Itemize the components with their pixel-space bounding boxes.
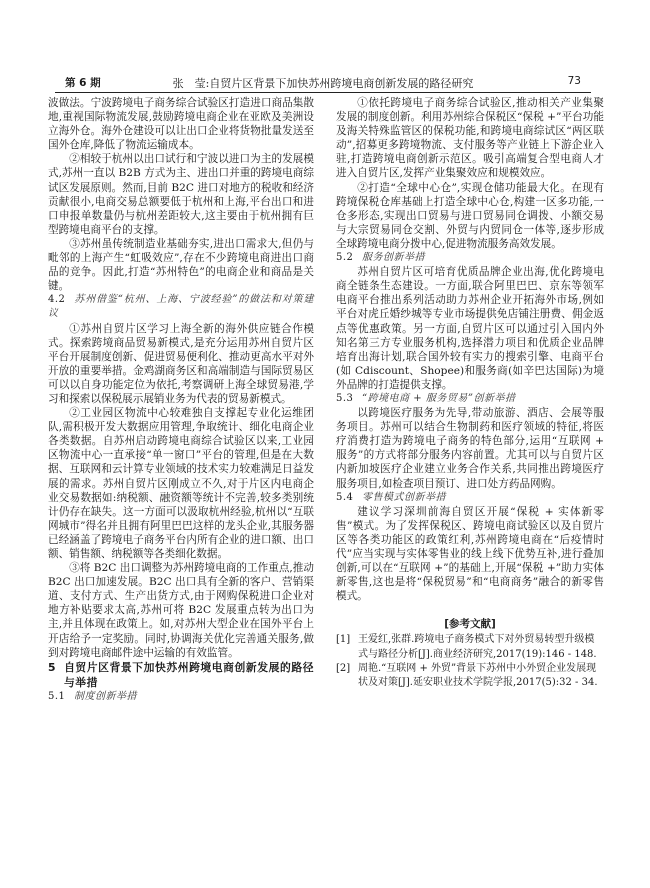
section-heading-5-1: 5.1制度创新举措 [48, 690, 314, 704]
reference-text: 王爱红,张群.跨境电子商务模式下对外贸易转型升级模式与路径分析[J].商业经济研… [358, 634, 597, 659]
right-column: ①依托跨境电子商务综合试验区,推动相关产业集聚发展的制度创新。利用苏州综合保税区… [336, 96, 604, 690]
paragraph: 波做法。宁波跨境电子商务综合试验区打造进口商品集散地,重视国际物流发展,鼓励跨境… [48, 96, 314, 152]
paragraph: ③将 B2C 出口调整为苏州跨境电商的工作重点,推动 B2C 出口加速发展。B2… [48, 561, 314, 660]
reference-item: [2]周艳.“互联网 + 外贸”背景下苏州中小外贸企业发展现状及对策[J].延安… [336, 662, 604, 690]
section-title: 服务创新举措 [362, 252, 425, 263]
section-heading-4-2: 4.2苏州借鉴“杭州、上海、宁波经验”的做法和对策建议 [48, 293, 314, 321]
running-title: 张 莹:自贸片区背景下加快苏州跨境电商创新发展的路径研究 [55, 75, 591, 91]
section-title: 制度创新举措 [74, 691, 137, 702]
paragraph: ②工业园区物流中心较难独自支撑起专业化运维团队,需积极开发大数据应用管理,争取统… [48, 406, 314, 561]
left-column: 波做法。宁波跨境电子商务综合试验区打造进口商品集散地,重视国际物流发展,鼓励跨境… [48, 96, 314, 704]
section-heading-5-4: 5.4零售模式创新举措 [336, 491, 604, 505]
running-header: 第 6 期 张 莹:自贸片区背景下加快苏州跨境电商创新发展的路径研究 73 [55, 74, 591, 93]
section-heading-5-2: 5.2服务创新举措 [336, 251, 604, 265]
paragraph: ②打造“全球中心仓”,实现仓储功能最大化。在现有跨境保税仓库基础上打造全球中心仓… [336, 181, 604, 251]
reference-text: 周艳.“互联网 + 外贸”背景下苏州中小外贸企业发展现状及对策[J].延安职业技… [358, 663, 598, 688]
section-number: 5 [48, 660, 64, 675]
page-number: 73 [568, 75, 581, 87]
paragraph: 以跨境医疗服务为先导,带动旅游、酒店、会展等服务项目。苏州可以结合生物制药和医疗… [336, 406, 604, 491]
reference-number: [1] [336, 633, 358, 647]
reference-number: [2] [336, 662, 358, 676]
paragraph: 苏州自贸片区可培育优质品牌企业出海,优化跨境电商全链条生态建设。一方面,联合阿里… [336, 265, 604, 392]
section-number: 4.2 [48, 293, 74, 307]
section-number: 5.4 [336, 491, 362, 505]
section-number: 5.1 [48, 690, 74, 704]
section-title: 零售模式创新举措 [362, 492, 446, 503]
section-heading-5-3: 5.3“跨境电商 + 服务贸易”创新举措 [336, 392, 604, 406]
section-number: 5.3 [336, 392, 362, 406]
section-title: 苏州借鉴“杭州、上海、宁波经验”的做法和对策建议 [48, 294, 314, 319]
paragraph: ①苏州自贸片区学习上海全新的海外供应链合作模式。探索跨境商品贸易新模式,是充分运… [48, 322, 314, 407]
section-title: “跨境电商 + 服务贸易”创新举措 [362, 393, 515, 404]
section-number: 5.2 [336, 251, 362, 265]
paragraph: ③苏州虽传统制造业基础夯实,进出口需求大,但仍与毗邻的上海产生“虹吸效应”,存在… [48, 237, 314, 293]
section-title: 自贸片区背景下加快苏州跨境电商创新发展的路径与举措 [64, 661, 314, 689]
paragraph: 建议学习深圳前海自贸区开展“保税 + 实体新零售”模式。为了发挥保税区、跨境电商… [336, 505, 604, 604]
reference-item: [1]王爱红,张群.跨境电子商务模式下对外贸易转型升级模式与路径分析[J].商业… [336, 633, 604, 661]
paragraph: ①依托跨境电子商务综合试验区,推动相关产业集聚发展的制度创新。利用苏州综合保税区… [336, 96, 604, 181]
section-heading-5: 5自贸片区背景下加快苏州跨境电商创新发展的路径与举措 [48, 660, 314, 690]
references-heading: [参考文献] [336, 617, 604, 631]
paragraph: ②相较于杭州以出口试行和宁波以进口为主的发展模式,苏州一直以 B2B 方式为主、… [48, 152, 314, 237]
